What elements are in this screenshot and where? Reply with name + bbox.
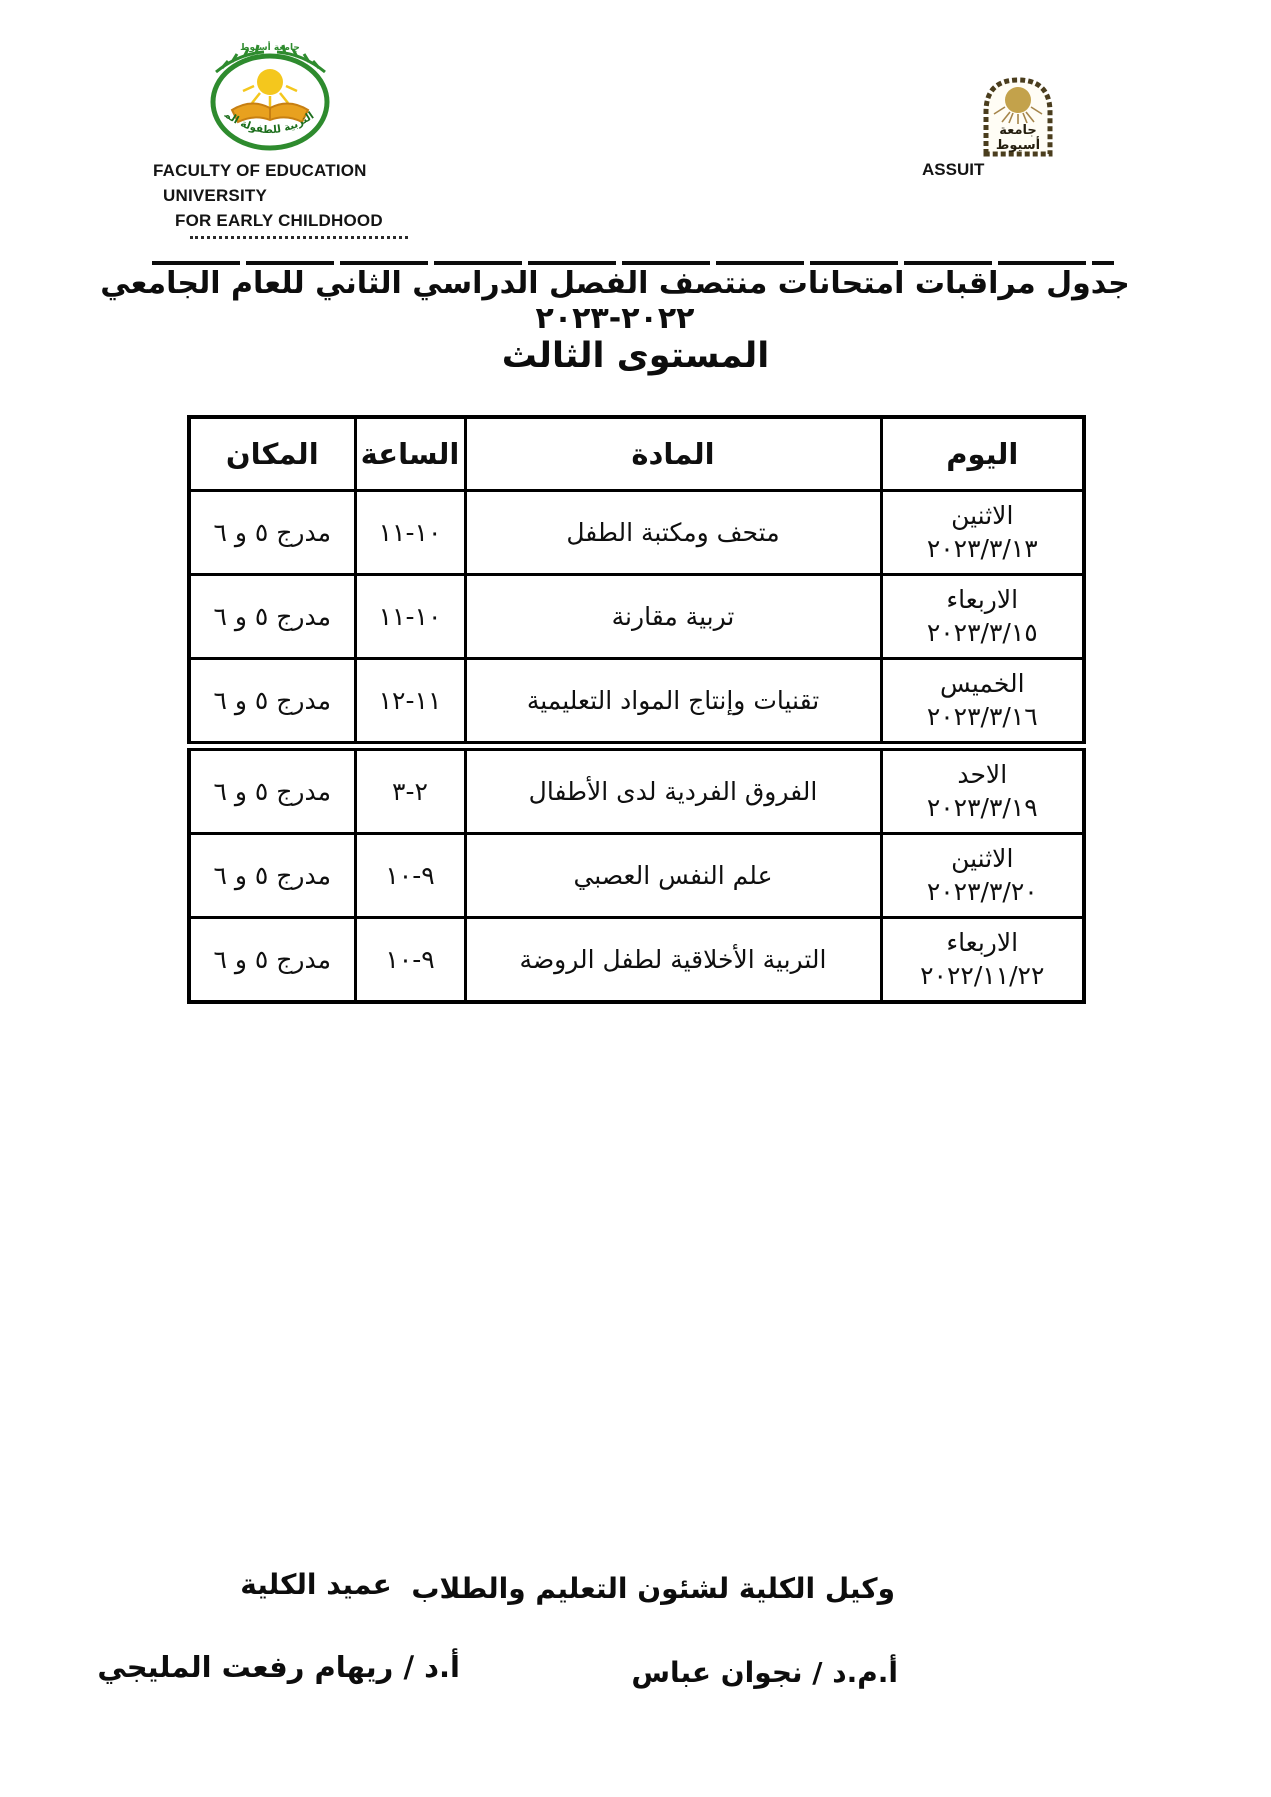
page-title: جدول مراقبات امتحانات منتصف الفصل الدراس… (90, 266, 1140, 336)
faculty-logo-icon: جامعة أسيوط كلية (198, 38, 343, 156)
day-name: الاربعاء (887, 584, 1079, 617)
dean-name: أ.د / ريهام رفعت المليجي (140, 1650, 460, 1684)
time-cell: ٩-١٠ (355, 834, 465, 918)
header-day: اليوم (881, 417, 1084, 491)
time-cell: ٢-٣ (355, 746, 465, 834)
day-cell: الاثنين ٢٠٢٣/٣/١٣ (881, 491, 1084, 575)
place-cell: مدرج ٥ و ٦ (189, 746, 355, 834)
subject-cell: تربية مقارنة (465, 575, 881, 659)
schedule-table-wrap: اليوم المادة الساعة المكان الاثنين ٢٠٢٣/… (187, 415, 1086, 1004)
day-date: ٢٠٢٢/١١/٢٢ (887, 960, 1079, 993)
faculty-logo-top-text: جامعة أسيوط (240, 41, 300, 53)
time-cell: ١٠-١١ (355, 575, 465, 659)
subject-cell: علم النفس العصبي (465, 834, 881, 918)
day-date: ٢٠٢٣/٣/٢٠ (887, 876, 1079, 909)
day-name: الخميس (887, 668, 1079, 701)
schedule-table: اليوم المادة الساعة المكان الاثنين ٢٠٢٣/… (187, 415, 1086, 1004)
place-cell: مدرج ٥ و ٦ (189, 918, 355, 1003)
vice-dean-title: وكيل الكلية لشئون التعليم والطلاب (545, 1572, 895, 1605)
day-date: ٢٠٢٣/٣/١٦ (887, 701, 1079, 734)
day-cell: الاربعاء ٢٠٢٣/٣/١٥ (881, 575, 1084, 659)
vice-dean-name: أ.م.د / نجوان عباس (648, 1656, 898, 1689)
table-row: الاربعاء ٢٠٢٣/٣/١٥ تربية مقارنة ١٠-١١ مد… (189, 575, 1084, 659)
faculty-name-block: FACULTY OF EDUCATION UNIVERSITY FOR EARL… (153, 158, 383, 233)
assuit-logo-text-line2: أسيوط (996, 136, 1040, 153)
day-date: ٢٠٢٣/٣/١٣ (887, 533, 1079, 566)
document-page: جامعة أسيوط كلية (0, 0, 1271, 1797)
day-cell: الخميس ٢٠٢٣/٣/١٦ (881, 659, 1084, 747)
day-date: ٢٠٢٣/٣/١٥ (887, 617, 1079, 650)
faculty-name-line2: UNIVERSITY (163, 183, 383, 208)
place-cell: مدرج ٥ و ٦ (189, 491, 355, 575)
table-row: الاحد ٢٠٢٣/٣/١٩ الفروق الفردية لدى الأطف… (189, 746, 1084, 834)
separator-dots (190, 236, 408, 239)
table-header-row: اليوم المادة الساعة المكان (189, 417, 1084, 491)
subject-cell: التربية الأخلاقية لطفل الروضة (465, 918, 881, 1003)
day-name: الاثنين (887, 500, 1079, 533)
faculty-name-line3: FOR EARLY CHILDHOOD (175, 208, 383, 233)
day-name: الاربعاء (887, 927, 1079, 960)
header-subject: المادة (465, 417, 881, 491)
subject-cell: تقنيات وإنتاج المواد التعليمية (465, 659, 881, 747)
place-cell: مدرج ٥ و ٦ (189, 834, 355, 918)
table-row: الاثنين ٢٠٢٣/٣/١٣ متحف ومكتبة الطفل ١٠-١… (189, 491, 1084, 575)
table-row: الخميس ٢٠٢٣/٣/١٦ تقنيات وإنتاج المواد ال… (189, 659, 1084, 747)
day-cell: الاثنين ٢٠٢٣/٣/٢٠ (881, 834, 1084, 918)
assuit-label: ASSUIT (922, 160, 992, 180)
time-cell: ١١-١٢ (355, 659, 465, 747)
header-place: المكان (189, 417, 355, 491)
dean-title: عميد الكلية (221, 1568, 411, 1601)
day-name: الاثنين (887, 843, 1079, 876)
subject-cell: الفروق الفردية لدى الأطفال (465, 746, 881, 834)
table-row: الاثنين ٢٠٢٣/٣/٢٠ علم النفس العصبي ٩-١٠ … (189, 834, 1084, 918)
separator-rule (152, 261, 1114, 265)
assuit-logo-icon: جامعة أسيوط (980, 72, 1056, 158)
day-cell: الاربعاء ٢٠٢٢/١١/٢٢ (881, 918, 1084, 1003)
day-cell: الاحد ٢٠٢٣/٣/١٩ (881, 746, 1084, 834)
subject-cell: متحف ومكتبة الطفل (465, 491, 881, 575)
table-row: الاربعاء ٢٠٢٢/١١/٢٢ التربية الأخلاقية لط… (189, 918, 1084, 1003)
place-cell: مدرج ٥ و ٦ (189, 575, 355, 659)
day-date: ٢٠٢٣/٣/١٩ (887, 792, 1079, 825)
time-cell: ٩-١٠ (355, 918, 465, 1003)
place-cell: مدرج ٥ و ٦ (189, 659, 355, 747)
faculty-name-line1: FACULTY OF EDUCATION (153, 158, 383, 183)
page-subtitle: المستوى الثالث (0, 336, 1271, 376)
day-name: الاحد (887, 759, 1079, 792)
header-time: الساعة (355, 417, 465, 491)
assuit-logo-text-line1: جامعة (999, 123, 1037, 138)
time-cell: ١٠-١١ (355, 491, 465, 575)
